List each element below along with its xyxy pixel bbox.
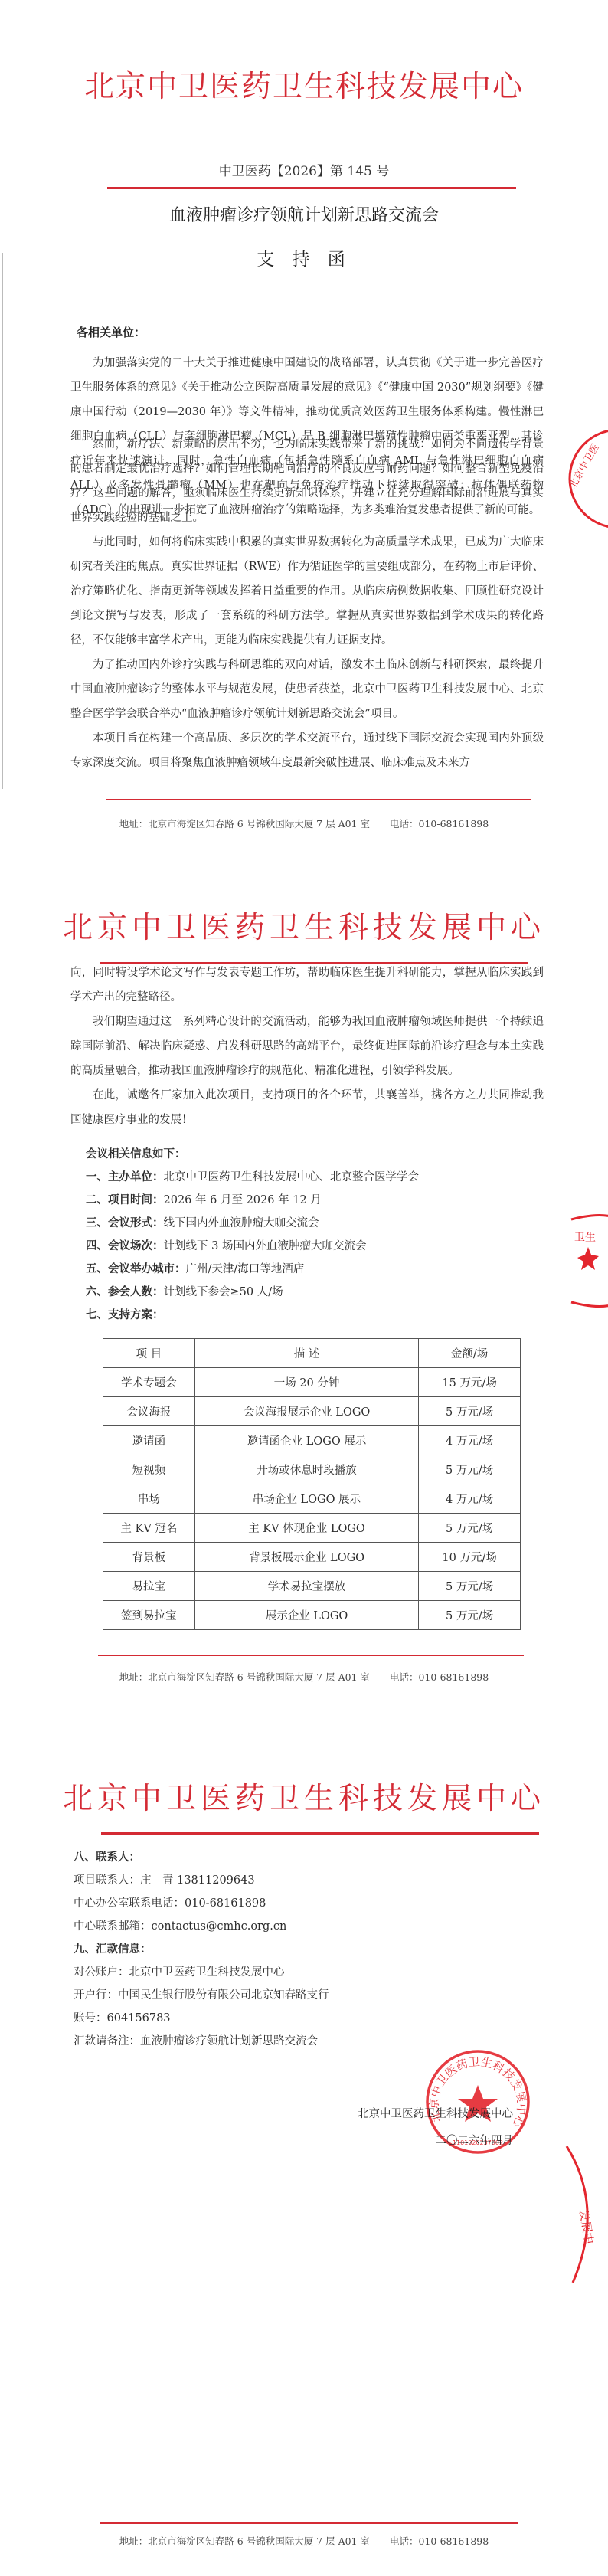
- document-subtitle: 支 持 函: [0, 245, 608, 270]
- paragraph-purpose: 为了推动国内外诊疗实践与科研思维的双向对话，激发本土临床创新与科研探索，最终提升…: [70, 653, 544, 726]
- paragraph-invitation: 在此，诚邀各厂家加入此次项目，支持项目的各个环节，共襄善举，携各方之力共同推动我…: [70, 1083, 544, 1132]
- page-1: 北京中卫医药卫生科技发展中心 中卫医药【2026】第 145 号 血液肿瘤诊疗领…: [0, 0, 608, 858]
- footer-address: 地址：北京市海淀区知春路 6 号锦秋国际大厦 7 层 A01 室电话：010-6…: [0, 817, 608, 830]
- official-seal-partial: 卫生: [570, 1210, 608, 1310]
- table-row: 邀请函邀请函企业 LOGO 展示4 万元/场: [103, 1426, 521, 1455]
- table-row: 易拉宝学术易拉宝摆放5 万元/场: [103, 1572, 521, 1601]
- header-description: 描 述: [194, 1339, 418, 1368]
- remittance-note: 汇款请备注：血液肿瘤诊疗领航计划新思路交流会: [74, 2030, 329, 2053]
- account-number: 账号：604156783: [74, 2007, 329, 2030]
- footer-phone: 电话：010-68161898: [390, 1671, 489, 1683]
- meeting-info-sessions: 四、会议场次：计划线下 3 场国内外血液肿瘤大咖交流会: [86, 1235, 419, 1258]
- footer-address: 地址：北京市海淀区知春路 6 号锦秋国际大厦 7 层 A01 室电话：010-6…: [0, 1670, 608, 1684]
- header-amount: 金额/场: [419, 1339, 521, 1368]
- table-row: 学术专题会一场 20 分钟15 万元/场: [103, 1368, 521, 1397]
- official-seal-partial: 发展中: [559, 2146, 608, 2284]
- footer-address-text: 地址：北京市海淀区知春路 6 号锦秋国际大厦 7 层 A01 室: [119, 818, 370, 830]
- meeting-info-organizer: 一、主办单位：北京中卫医药卫生科技发展中心、北京整合医学学会: [86, 1166, 419, 1189]
- table-row: 会议海报会议海报展示企业 LOGO5 万元/场: [103, 1397, 521, 1426]
- body-paragraphs-page1c: 然而，新疗法、新策略的层出不穷，也为临床实践带来了新的挑战：如何为不同遗传学背景…: [70, 432, 544, 775]
- office-phone: 中心办公室联系电话：010-68161898: [74, 1892, 329, 1915]
- table-row: 主 KV 冠名主 KV 体现企业 LOGO5 万元/场: [103, 1514, 521, 1543]
- meeting-info: 会议相关信息如下： 一、主办单位：北京中卫医药卫生科技发展中心、北京整合医学学会…: [86, 1143, 419, 1327]
- svg-text:卫生: 卫生: [574, 1231, 596, 1244]
- scan-edge: [2, 253, 3, 789]
- footer-rule: [106, 799, 531, 800]
- svg-text:北京中卫医: 北京中卫医: [567, 442, 602, 491]
- letterhead-org-name: 北京中卫医药卫生科技发展中心: [0, 904, 608, 947]
- header-rule: [107, 187, 516, 189]
- body-paragraphs-page2: 向，同时特设学术论文写作与发表专题工作坊，帮助临床医生提升科研能力，掌握从临床实…: [70, 961, 544, 1132]
- signature-org: 北京中卫医药卫生科技发展中心: [276, 2105, 513, 2121]
- document-number: 中卫医药【2026】第 145 号: [0, 160, 608, 179]
- meeting-info-period: 二、项目时间：2026 年 6 月至 2026 年 12 月: [86, 1189, 419, 1212]
- footer-address: 地址：北京市海淀区知春路 6 号锦秋国际大厦 7 层 A01 室电话：010-6…: [0, 2534, 608, 2548]
- contact-email: 中心联系邮箱：contactus@cmhc.org.cn: [74, 1915, 329, 1938]
- footer-phone: 电话：010-68161898: [390, 818, 489, 830]
- project-contact: 项目联系人：庄 青 13811209643: [74, 1869, 329, 1892]
- page-2: 北京中卫医药卫生科技发展中心 向，同时特设学术论文写作与发表专题工作坊，帮助临床…: [0, 858, 608, 1717]
- page-3: 北京中卫医药卫生科技发展中心 八、联系人： 项目联系人：庄 青 13811209…: [0, 1717, 608, 2576]
- meeting-info-heading: 会议相关信息如下：: [86, 1143, 419, 1166]
- support-plan-heading: 七、支持方案：: [86, 1304, 419, 1327]
- paragraph-rwe: 与此同时，如何将临床实践中积累的真实世界数据转化为高质量学术成果，已成为广大临床…: [70, 530, 544, 653]
- salutation: 各相关单位：: [77, 324, 145, 340]
- table-row: 短视频开场或休息时段播放5 万元/场: [103, 1455, 521, 1484]
- table-row: 串场串场企业 LOGO 展示4 万元/场: [103, 1484, 521, 1514]
- paragraph-expectation: 我们期望通过这一系列精心设计的交流活动，能够为我国血液肿瘤领域医师提供一个持续追…: [70, 1010, 544, 1083]
- footer-rule: [100, 2522, 518, 2524]
- letterhead-org-name: 北京中卫医药卫生科技发展中心: [0, 1775, 608, 1818]
- paragraph-platform: 本项目旨在构建一个高品质、多层次的学术交流平台，通过线下国际交流会实现国内外顶级…: [70, 726, 544, 775]
- meeting-info-cities: 五、会议举办城市：广州/天津/海口等地酒店: [86, 1258, 419, 1281]
- account-name: 对公账户：北京中卫医药卫生科技发展中心: [74, 1961, 329, 1984]
- signature-block: 北京中卫医药卫生科技发展中心 二〇二六年四月: [276, 2105, 513, 2148]
- header-item: 项 目: [103, 1339, 195, 1368]
- signature-date: 二〇二六年四月: [276, 2132, 513, 2148]
- svg-text:发展中: 发展中: [577, 2209, 597, 2245]
- contacts-heading: 八、联系人：: [74, 1846, 329, 1869]
- meeting-info-format: 三、会议形式：线下国内外血液肿瘤大咖交流会: [86, 1212, 419, 1235]
- footer-phone: 电话：010-68161898: [390, 2535, 489, 2547]
- letterhead-org-name: 北京中卫医药卫生科技发展中心: [0, 63, 608, 106]
- support-plan-table: 项 目 描 述 金额/场 学术专题会一场 20 分钟15 万元/场 会议海报会议…: [103, 1338, 521, 1630]
- paragraph-challenges: 然而，新疗法、新策略的层出不穷，也为临床实践带来了新的挑战：如何为不同遗传学背景…: [70, 432, 544, 530]
- remittance-heading: 九、汇款信息：: [74, 1938, 329, 1961]
- footer-address-text: 地址：北京市海淀区知春路 6 号锦秋国际大厦 7 层 A01 室: [119, 1671, 370, 1683]
- footer-address-text: 地址：北京市海淀区知春路 6 号锦秋国际大厦 7 层 A01 室: [119, 2535, 370, 2547]
- table-row: 背景板背景板展示企业 LOGO10 万元/场: [103, 1543, 521, 1572]
- official-seal-partial: 北京中卫医: [557, 425, 608, 532]
- header-rule: [101, 1832, 539, 1835]
- table-row: 签到易拉宝展示企业 LOGO5 万元/场: [103, 1601, 521, 1630]
- paragraph-platform-cont: 向，同时特设学术论文写作与发表专题工作坊，帮助临床医生提升科研能力，掌握从临床实…: [70, 961, 544, 1010]
- meeting-info-attendance: 六、参会人数：计划线下参会≥50 人/场: [86, 1281, 419, 1304]
- document-title: 血液肿瘤诊疗领航计划新思路交流会: [0, 202, 608, 226]
- table-header-row: 项 目 描 述 金额/场: [103, 1339, 521, 1368]
- bank-name: 开户行：中国民生银行股份有限公司北京知春路支行: [74, 1984, 329, 2007]
- contact-section: 八、联系人： 项目联系人：庄 青 13811209643 中心办公室联系电话：0…: [74, 1846, 329, 2053]
- footer-rule: [98, 1655, 524, 1656]
